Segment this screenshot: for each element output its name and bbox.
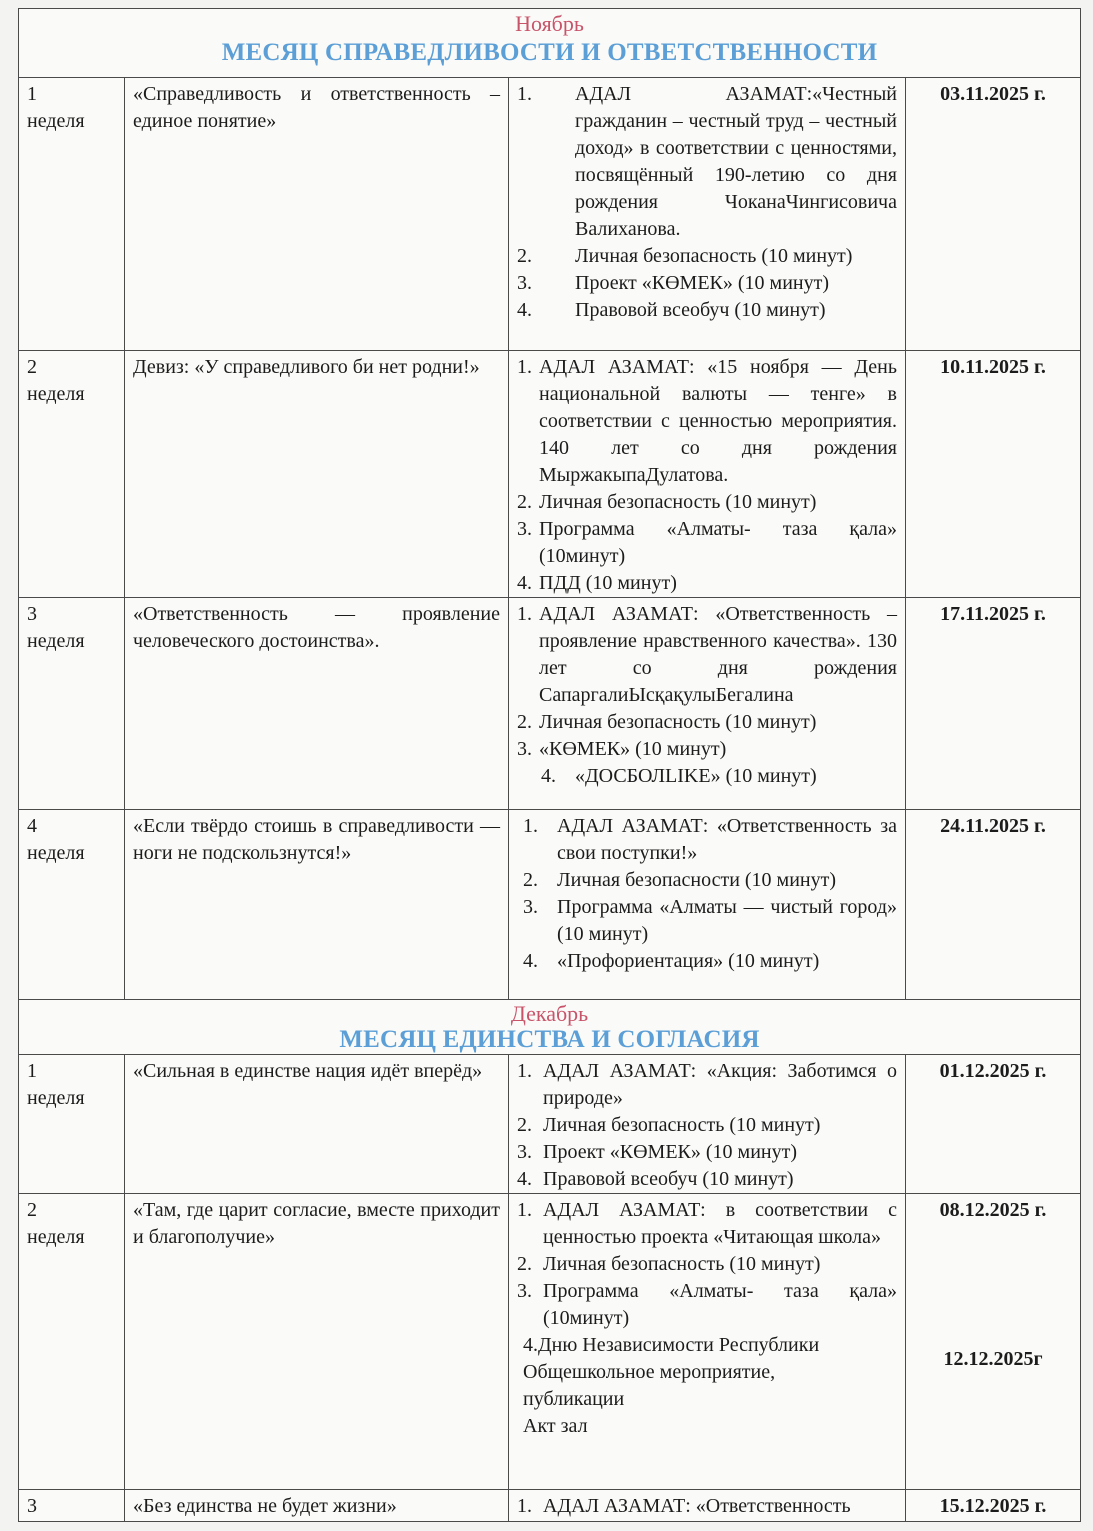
theme-cell: «Справедливость и ответственность – един… [125,78,509,351]
activity-item: 1.АДАЛ АЗАМАТ: «Акция: Заботимся о приро… [517,1058,897,1112]
activity-item: 4.Правовой всеобуч (10 минут) [517,1166,897,1193]
activity-item: 3.Программа «Алматы — чистый город» (10 … [517,894,897,948]
activities-cell: 1.АДАЛ АЗАМАТ: «Акция: Заботимся о приро… [509,1055,906,1194]
activity-item: 2.Личная безопасность (10 минут) [517,1112,897,1139]
date-cell: 01.12.2025 г. [906,1055,1081,1194]
activity-item: 3.Программа «Алматы- таза қала» (10минут… [517,516,897,570]
month-header-december: Декабрь МЕСЯЦ ЕДИНСТВА И СОГЛАСИЯ [19,1000,1081,1055]
activity-item: 1.АДАЛ АЗАМАТ: в соответствии с ценность… [517,1197,897,1251]
week-cell: 2 неделя [19,351,125,598]
activity-item: 1.АДАЛ АЗАМАТ:«Честный гражданин – честн… [517,81,897,243]
activity-item: 2.Личная безопасность (10 минут) [517,489,897,516]
activity-item: 1.АДАЛ АЗАМАТ: «Ответственность [517,1493,897,1520]
activities-cell: 1.АДАЛ АЗАМАТ: «Ответственность [509,1490,906,1522]
month-header-row: Декабрь МЕСЯЦ ЕДИНСТВА И СОГЛАСИЯ [19,1000,1081,1055]
month-name: Декабрь [27,1002,1072,1026]
activity-item: 2.Личная безопасность (10 минут) [517,243,897,270]
week-cell: 3 неделя [19,598,125,810]
week-number: 2 [27,354,116,381]
extra-line: Общешкольное мероприятие, [517,1359,897,1386]
week-number: 3 [27,601,116,628]
table-row: 1 неделя «Справедливость и ответственнос… [19,78,1081,351]
theme-cell: «Там, где царит согласие, вместе приходи… [125,1194,509,1490]
week-label: неделя [27,108,116,135]
week-number: 4 [27,813,116,840]
theme-cell: «Если твёрдо стоишь в справедливости — н… [125,810,509,1000]
theme-cell: «Ответственность — проявление человеческ… [125,598,509,810]
week-label: неделя [27,1224,116,1251]
week-label: неделя [27,1085,116,1112]
week-number: 1 [27,81,116,108]
month-header-november: Ноябрь МЕСЯЦ СПРАВЕДЛИВОСТИ И ОТВЕТСТВЕН… [19,9,1081,78]
week-cell: 4 неделя [19,810,125,1000]
week-label: неделя [27,381,116,408]
month-motto: МЕСЯЦ ЕДИНСТВА И СОГЛАСИЯ [27,1026,1072,1054]
activity-item: 3.Проект «КӨМЕК» (10 минут) [517,270,897,297]
education-plan-table: Ноябрь МЕСЯЦ СПРАВЕДЛИВОСТИ И ОТВЕТСТВЕН… [18,8,1081,1522]
activities-cell: 1.АДАЛ АЗАМАТ: «Ответственность – проявл… [509,598,906,810]
activity-item: 2.Личная безопасность (10 минут) [517,709,897,736]
activity-item: 2.Личная безопасность (10 минут) [517,1251,897,1278]
theme-cell: «Сильная в единстве нация идёт вперёд» [125,1055,509,1194]
activities-cell: 1.АДАЛ АЗАМАТ:«Честный гражданин – честн… [509,78,906,351]
activity-item: 3.Проект «КӨМЕК» (10 минут) [517,1139,897,1166]
table-row: 2 неделя «Там, где царит согласие, вмест… [19,1194,1081,1490]
activity-item: 4.ПДД (10 минут) [517,570,897,597]
week-number: 3 [27,1493,116,1520]
date-cell: 17.11.2025 г. [906,598,1081,810]
date-cell: 24.11.2025 г. [906,810,1081,1000]
extra-line: 4.Дню Независимости Республики [517,1332,897,1359]
activity-item: 4.«Профориентация» (10 минут) [517,948,897,975]
date-primary: 08.12.2025 г. [940,1199,1047,1221]
table-row: 4 неделя «Если твёрдо стоишь в справедли… [19,810,1081,1000]
activity-item: 4.Правовой всеобуч (10 минут) [517,297,897,324]
extra-line: Акт зал [517,1413,897,1440]
week-cell: 1 неделя [19,78,125,351]
week-number: 1 [27,1058,116,1085]
document-page: Ноябрь МЕСЯЦ СПРАВЕДЛИВОСТИ И ОТВЕТСТВЕН… [18,8,1080,1522]
table-row: 3 неделя «Ответственность — проявление ч… [19,598,1081,810]
activity-item: 1.АДАЛ АЗАМАТ: «Ответственность – проявл… [517,601,897,709]
week-cell: 1 неделя [19,1055,125,1194]
activity-item: 1.АДАЛ АЗАМАТ: «Ответственность за свои … [517,813,897,867]
activity-item: 3.«КӨМЕК» (10 минут) [517,736,897,763]
table-row: 1 неделя «Сильная в единстве нация идёт … [19,1055,1081,1194]
activity-item: 3.Программа «Алматы- таза қала» (10минут… [517,1278,897,1332]
week-cell: 3 [19,1490,125,1522]
week-label: неделя [27,840,116,867]
activities-cell: 1.АДАЛ АЗАМАТ: в соответствии с ценность… [509,1194,906,1490]
date-cell: 03.11.2025 г. [906,78,1081,351]
date-cell: 10.11.2025 г. [906,351,1081,598]
week-cell: 2 неделя [19,1194,125,1490]
activity-item: 2.Личная безопасности (10 минут) [517,867,897,894]
theme-cell: Девиз: «У справедливого би нет родни!» [125,351,509,598]
table-row: 2 неделя Девиз: «У справедливого би нет … [19,351,1081,598]
activity-item: 1.АДАЛ АЗАМАТ: «15 ноября — День национа… [517,354,897,489]
month-header-row: Ноябрь МЕСЯЦ СПРАВЕДЛИВОСТИ И ОТВЕТСТВЕН… [19,9,1081,78]
activities-cell: 1.АДАЛ АЗАМАТ: «Ответственность за свои … [509,810,906,1000]
theme-cell: «Без единства не будет жизни» [125,1490,509,1522]
date-secondary: 12.12.2025г [914,1346,1072,1373]
date-cell: 15.12.2025 г. [906,1490,1081,1522]
month-motto: МЕСЯЦ СПРАВЕДЛИВОСТИ И ОТВЕТСТВЕННОСТИ [27,36,1072,70]
table-row: 3 «Без единства не будет жизни» 1.АДАЛ А… [19,1490,1081,1522]
week-label: неделя [27,628,116,655]
date-cell: 08.12.2025 г. 12.12.2025г [906,1194,1081,1490]
activities-cell: 1.АДАЛ АЗАМАТ: «15 ноября — День национа… [509,351,906,598]
extra-line: публикации [517,1386,897,1413]
week-number: 2 [27,1197,116,1224]
activity-item: 4.«ДОСБОЛLIKE» (10 минут) [517,763,897,790]
month-name: Ноябрь [27,12,1072,36]
